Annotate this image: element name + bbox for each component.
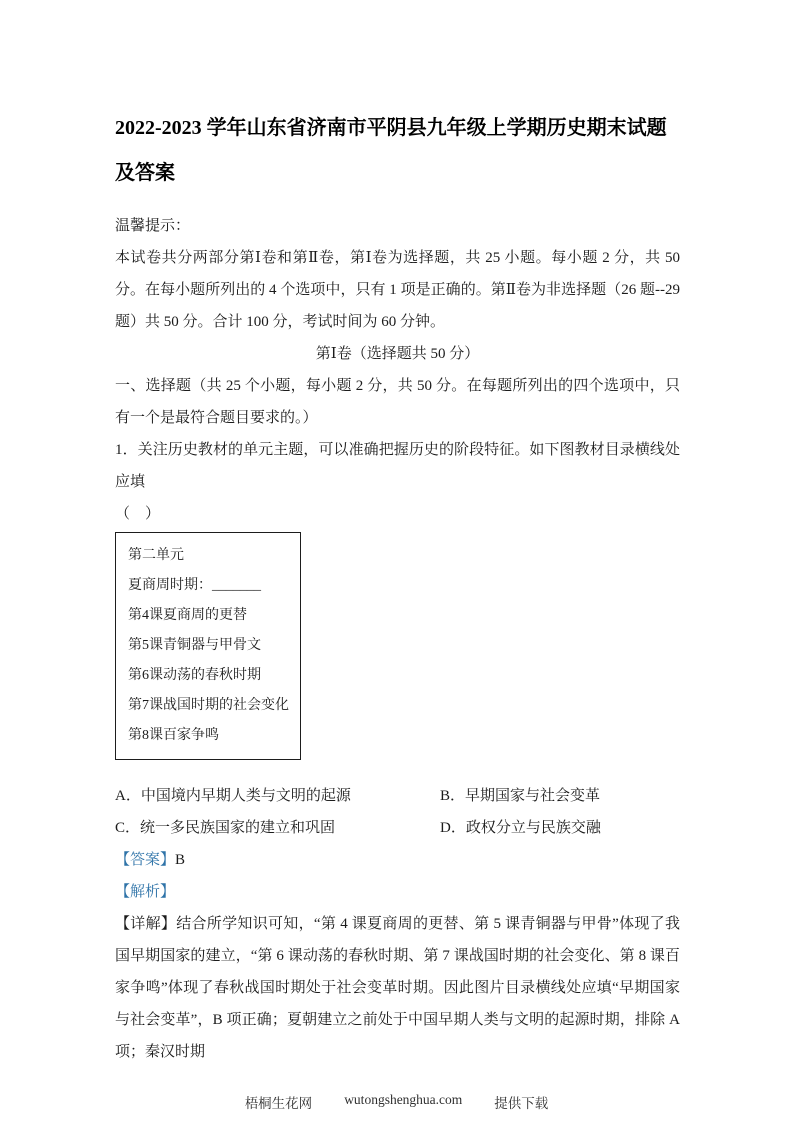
toc-item: 第6课动荡的春秋时期 bbox=[128, 661, 300, 691]
option-b: B．早期国家与社会变革 bbox=[440, 780, 680, 812]
section-heading: 第Ⅰ卷（选择题共 50 分） bbox=[115, 338, 680, 370]
option-a: A．中国境内早期人类与文明的起源 bbox=[115, 780, 440, 812]
detail-text: 结合所学知识可知，“第 4 课夏商周的更替、第 5 课青铜器与甲骨”体现了我国早… bbox=[115, 916, 680, 1060]
answer-line: 【答案】B bbox=[115, 844, 680, 876]
footer-download-text: 提供下载 bbox=[494, 1092, 548, 1112]
toc-item: 第7课战国时期的社会变化 bbox=[128, 691, 300, 721]
page-footer: 梧桐生花网 wutongshenghua.com 提供下载 bbox=[0, 1092, 793, 1112]
toc-item: 第8课百家争鸣 bbox=[128, 721, 300, 751]
exam-intro-paragraph: 本试卷共分两部分第Ⅰ卷和第Ⅱ卷，第Ⅰ卷为选择题，共 25 小题。每小题 2 分，… bbox=[115, 242, 680, 338]
page-title: 2022-2023 学年山东省济南市平阴县九年级上学期历史期末试题及答案 bbox=[115, 106, 680, 196]
answer-label: 【答案】 bbox=[115, 852, 175, 868]
option-c: C．统一多民族国家的建立和巩固 bbox=[115, 812, 440, 844]
detail-paragraph: 【详解】结合所学知识可知，“第 4 课夏商周的更替、第 5 课青铜器与甲骨”体现… bbox=[115, 908, 680, 1068]
analysis-label: 【解析】 bbox=[115, 884, 175, 900]
toc-item: 第4课夏商周的更替 bbox=[128, 601, 300, 631]
question-1-answer-blank: （ ） bbox=[115, 498, 680, 530]
textbook-toc-box: 第二单元 夏商周时期：_______ 第4课夏商周的更替 第5课青铜器与甲骨文 … bbox=[115, 532, 301, 760]
footer-site-url: wutongshenghua.com bbox=[344, 1092, 462, 1112]
options-group: A．中国境内早期人类与文明的起源 B．早期国家与社会变革 C．统一多民族国家的建… bbox=[115, 780, 680, 844]
toc-item: 夏商周时期：_______ bbox=[128, 571, 300, 601]
question-1: 1．关注历史教材的单元主题，可以准确把握历史的阶段特征。如下图教材目录横线处应填… bbox=[115, 434, 680, 1068]
toc-item: 第二单元 bbox=[128, 541, 300, 571]
option-d: D．政权分立与民族交融 bbox=[440, 812, 680, 844]
answer-value: B bbox=[175, 852, 185, 868]
detail-label: 【详解】 bbox=[115, 916, 176, 932]
choice-section-instruction: 一、选择题（共 25 个小题，每小题 2 分，共 50 分。在每题所列出的四个选… bbox=[115, 370, 680, 434]
exam-document-page: { "colors": { "label_blue": "#2e73a8" },… bbox=[0, 0, 793, 1122]
analysis-line: 【解析】 bbox=[115, 876, 680, 908]
toc-item: 第5课青铜器与甲骨文 bbox=[128, 631, 300, 661]
notice-label: 温馨提示： bbox=[115, 210, 680, 242]
question-1-stem: 1．关注历史教材的单元主题，可以准确把握历史的阶段特征。如下图教材目录横线处应填 bbox=[115, 434, 680, 498]
footer-site-name: 梧桐生花网 bbox=[245, 1092, 313, 1112]
